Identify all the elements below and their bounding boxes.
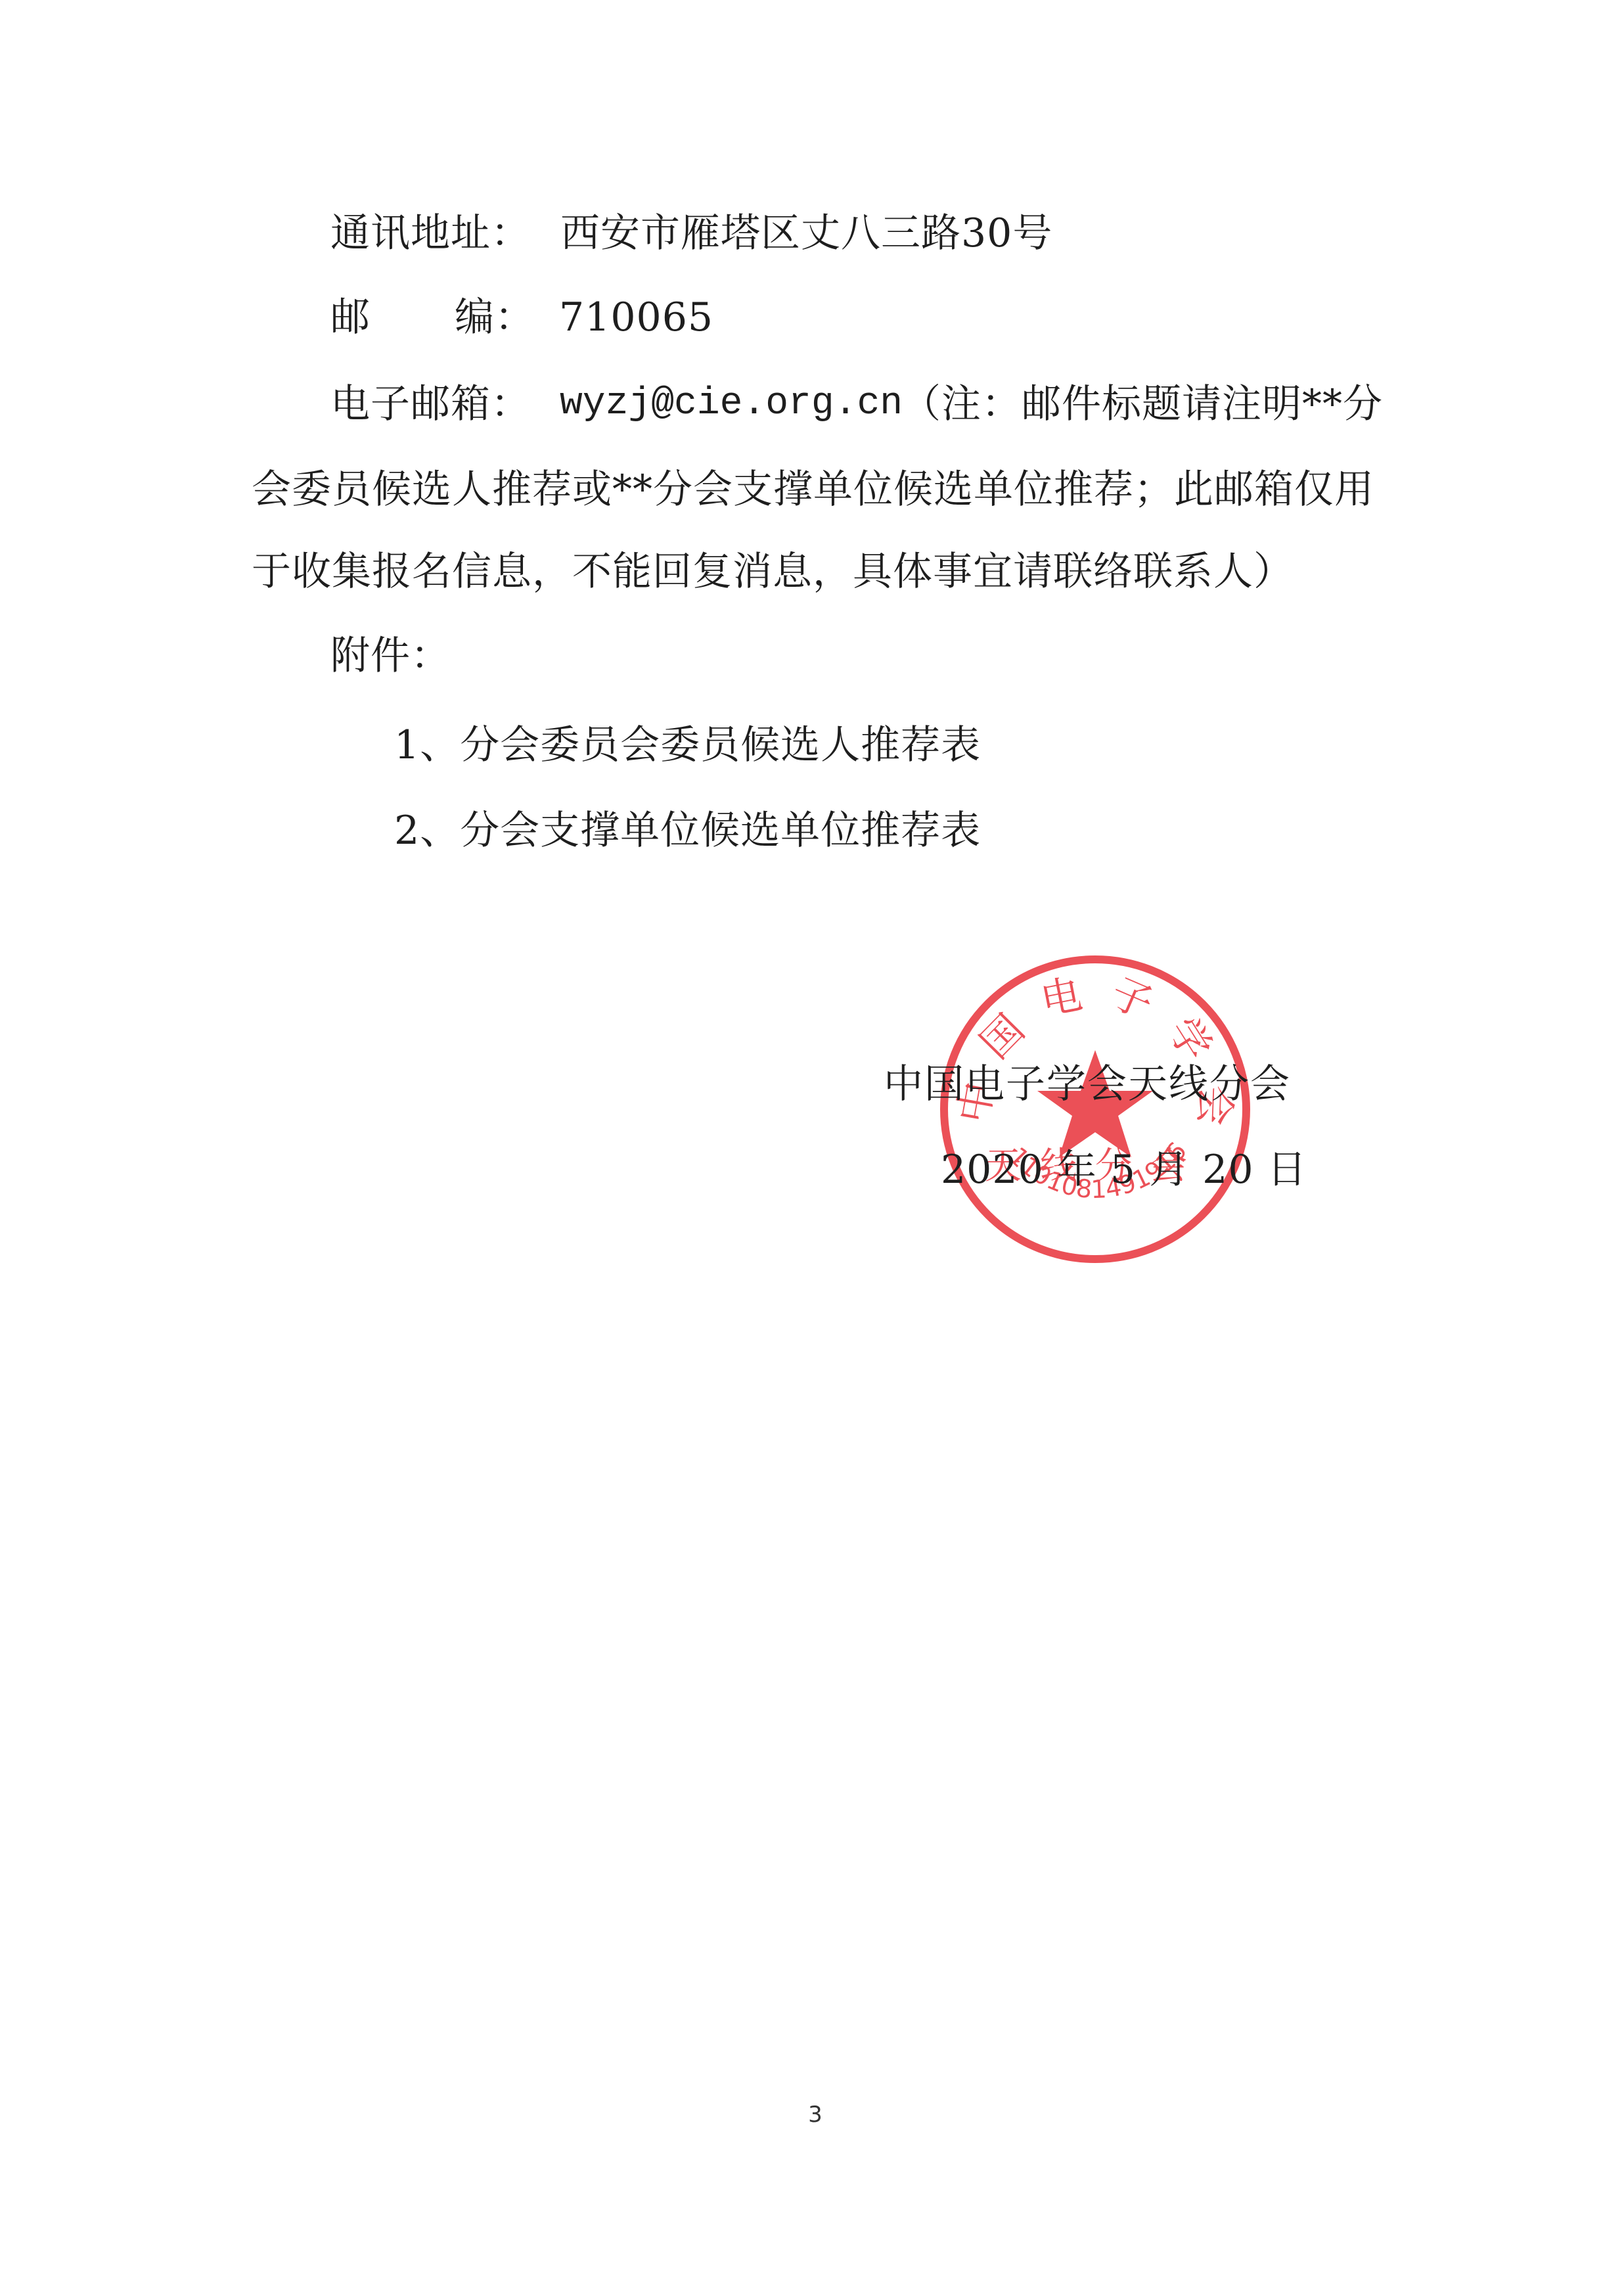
attachment-number: 1、	[394, 722, 460, 768]
attachments-label: 附件：	[330, 635, 451, 677]
postcode-value: 710065	[559, 296, 713, 338]
attachment-item: 1、分会委员会委员候选人推荐表	[394, 724, 981, 766]
email-label: 电子邮箱：	[330, 383, 531, 425]
page-number: 3	[805, 2102, 825, 2128]
email-value[interactable]: wyzj@cie.org.cn	[560, 383, 903, 425]
attachment-item: 2、分会支撑单位候选单位推荐表	[394, 810, 981, 852]
attachment-title: 分会支撑单位候选单位推荐表	[460, 808, 981, 854]
postcode-label-2: 编：	[455, 296, 535, 338]
address-label: 通讯地址：	[330, 210, 531, 256]
address-value: 西安市雁塔区丈八三路30号	[560, 212, 1052, 254]
email-note-line-3: 于收集报名信息，不能回复消息，具体事宜请联络联系人）	[252, 551, 1294, 593]
postcode-label-1: 邮	[330, 296, 371, 338]
official-stamp: 中国电子学会 天线分会 1101081491916	[936, 952, 1254, 1267]
signature-organization: 中国电子学会天线分会	[884, 1063, 1291, 1105]
attachment-number: 2、	[394, 808, 460, 854]
signature-date: 2020 年 5 月 20 日	[941, 1149, 1307, 1191]
email-note-line-2: 会委员候选人推荐或**分会支撑单位候选单位推荐；此邮箱仅用	[252, 469, 1374, 511]
attachment-title: 分会委员会委员候选人推荐表	[460, 722, 981, 768]
address-row: 通讯地址：	[330, 212, 531, 254]
email-note-line-1: （注：邮件标题请注明**分	[901, 383, 1383, 425]
